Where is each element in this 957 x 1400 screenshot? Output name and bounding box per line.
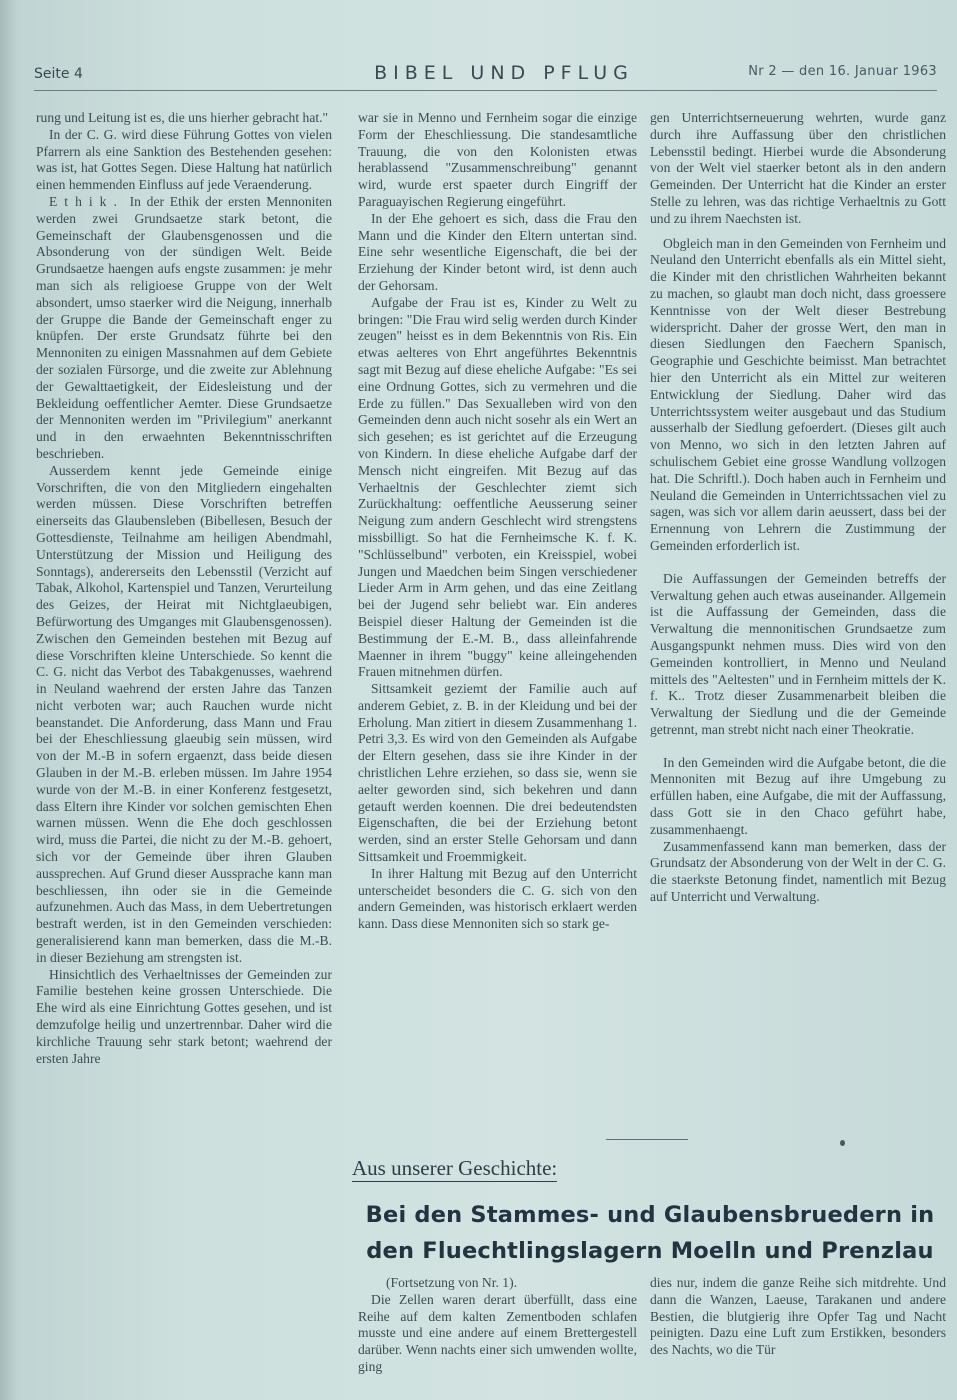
newspaper-page: Seite 4 BIBEL UND PFLUG Nr 2 — den 16. J… bbox=[0, 0, 957, 1400]
issue-date: Nr 2 — den 16. Januar 1963 bbox=[748, 64, 937, 79]
paragraph-text: Die Auffassungen der Gemeinden betreffs … bbox=[650, 571, 946, 737]
paragraph-text: war sie in Menno und Fernheim sogar die … bbox=[358, 110, 637, 209]
paragraph-text: Obgleich man in den Gemeinden von Fernhe… bbox=[650, 236, 946, 553]
paragraph: dies nur, indem die ganze Reihe sich mit… bbox=[650, 1275, 946, 1359]
article-column-5: dies nur, indem die ganze Reihe sich mit… bbox=[650, 1275, 946, 1359]
article-column-2: war sie in Menno und Fernheim sogar die … bbox=[358, 110, 637, 933]
paragraph: Aufgabe der Frau ist es, Kinder zu Welt … bbox=[358, 295, 637, 681]
page-header: Seite 4 BIBEL UND PFLUG Nr 2 — den 16. J… bbox=[34, 60, 937, 91]
paragraph: In den Gemeinden wird die Aufgabe betont… bbox=[650, 755, 946, 839]
paragraph: war sie in Menno und Fernheim sogar die … bbox=[358, 110, 637, 211]
ornament-dot bbox=[840, 1140, 845, 1146]
paragraph-text: Hinsichtlich des Verhaeltnisses der Geme… bbox=[36, 967, 332, 1066]
article-column-3: gen Unterrichtserneuerung wehrten, wurde… bbox=[650, 110, 946, 906]
paragraph-text: gen Unterrichtserneuerung wehrten, wurde… bbox=[650, 110, 946, 226]
paragraph: Sittsamkeit geziemt der Familie auch auf… bbox=[358, 681, 637, 866]
paragraph-text: Zusammenfassend kann man bemerken, dass … bbox=[650, 839, 946, 904]
paragraph-text: In der C. G. wird diese Führung Gottes v… bbox=[36, 127, 332, 192]
page-number: Seite 4 bbox=[34, 66, 83, 82]
section-lead-word: Ethik. bbox=[49, 194, 124, 209]
article-title-line-1: Bei den Stammes- und Glaubensbruedern in bbox=[350, 1197, 950, 1233]
paragraph-text: In der Ehe gehoert es sich, dass die Fra… bbox=[358, 211, 637, 293]
paragraph-text: Sittsamkeit geziemt der Familie auch auf… bbox=[358, 681, 637, 864]
article-column-1: rung und Leitung ist es, die uns hierher… bbox=[36, 110, 332, 1067]
paragraph-text: Ausserdem kennt jede Gemeinde einige Vor… bbox=[36, 463, 332, 965]
paragraph-text: In der Ethik der ersten Mennoniten werde… bbox=[36, 194, 332, 461]
paragraph: rung und Leitung ist es, die uns hierher… bbox=[36, 110, 332, 127]
article-column-4: (Fortsetzung von Nr. 1). Die Zellen ware… bbox=[358, 1275, 637, 1376]
paragraph: Die Zellen waren derart überfüllt, dass … bbox=[358, 1292, 637, 1376]
paragraph-text: rung und Leitung ist es, die uns hierher… bbox=[36, 110, 328, 125]
article-title-line-2: den Fluechtlingslagern Moelln und Prenzl… bbox=[350, 1233, 950, 1269]
page-edge-shadow bbox=[0, 0, 18, 1400]
section-divider bbox=[606, 1139, 688, 1140]
paragraph: Zusammenfassend kann man bemerken, dass … bbox=[650, 839, 946, 906]
article-title: Bei den Stammes- und Glaubensbruedern in… bbox=[350, 1197, 950, 1269]
paragraph: Hinsichtlich des Verhaeltnisses der Geme… bbox=[36, 967, 332, 1068]
paragraph-text: In den Gemeinden wird die Aufgabe betont… bbox=[650, 755, 946, 837]
paragraph: In ihrer Haltung mit Bezug auf den Unter… bbox=[358, 866, 637, 933]
paragraph: gen Unterrichtserneuerung wehrten, wurde… bbox=[650, 110, 946, 228]
paragraph: In der Ehe gehoert es sich, dass die Fra… bbox=[358, 211, 637, 295]
paragraph: Die Auffassungen der Gemeinden betreffs … bbox=[650, 571, 946, 739]
section-heading: Aus unserer Geschichte: bbox=[352, 1156, 557, 1182]
paragraph: Ethik. In der Ethik der ersten Mennonite… bbox=[36, 194, 332, 463]
paragraph: Ausserdem kennt jede Gemeinde einige Vor… bbox=[36, 463, 332, 967]
paragraph-text: In ihrer Haltung mit Bezug auf den Unter… bbox=[358, 866, 637, 931]
masthead-title: BIBEL UND PFLUG bbox=[344, 62, 664, 84]
continuation-note: (Fortsetzung von Nr. 1). bbox=[358, 1275, 637, 1292]
paragraph-text: Aufgabe der Frau ist es, Kinder zu Welt … bbox=[358, 295, 637, 680]
paragraph: Obgleich man in den Gemeinden von Fernhe… bbox=[650, 236, 946, 555]
paragraph: In der C. G. wird diese Führung Gottes v… bbox=[36, 127, 332, 194]
